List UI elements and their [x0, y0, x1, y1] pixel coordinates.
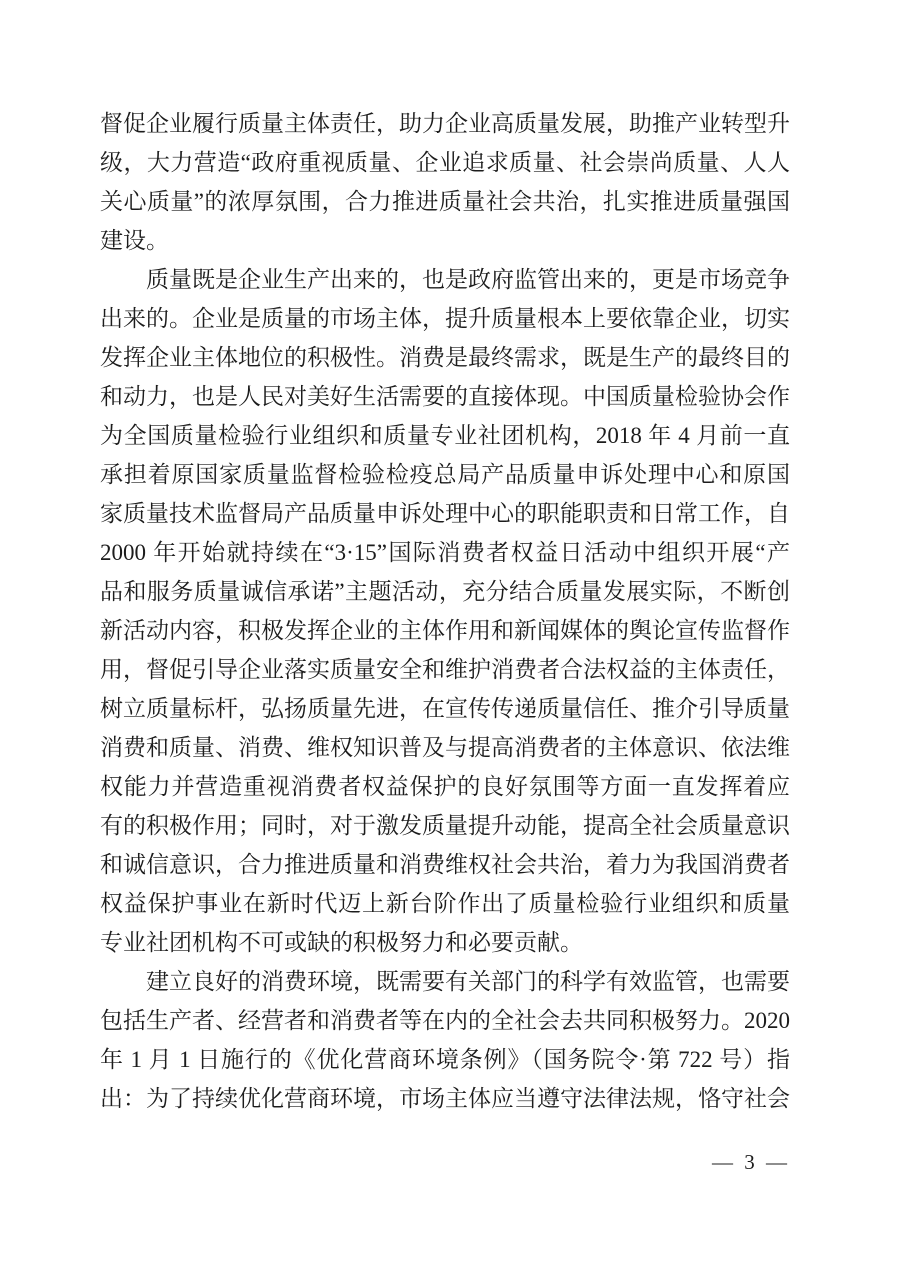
- text-line: 建立良好的消费环境，既需要有关部门的科学有效监管，也需要: [100, 962, 790, 1001]
- paragraph: 督促企业履行质量主体责任，助力企业高质量发展，助推产业转型升 级，大力营造“政府…: [100, 104, 790, 260]
- text-line: 发挥企业主体地位的积极性。消费是最终需求，既是生产的最终目的: [100, 338, 790, 377]
- page-footer: — 3 —: [100, 1150, 790, 1175]
- text-line: 品和服务质量诚信承诺”主题活动，充分结合质量发展实际，不断创: [100, 572, 790, 611]
- text-line: 专业社团机构不可或缺的积极努力和必要贡献。: [100, 923, 790, 962]
- text-line: 建设。: [100, 221, 790, 260]
- text-line: 树立质量标杆，弘扬质量先进，在宣传传递质量信任、推介引导质量: [100, 689, 790, 728]
- text-line: 2000 年开始就持续在“3·15”国际消费者权益日活动中组织开展“产: [100, 533, 790, 572]
- text-line: 有的积极作用；同时，对于激发质量提升动能，提高全社会质量意识: [100, 806, 790, 845]
- text-line: 用，督促引导企业落实质量安全和维护消费者合法权益的主体责任，: [100, 650, 790, 689]
- text-line: 家质量技术监督局产品质量申诉处理中心的职能职责和日常工作，自: [100, 494, 790, 533]
- text-line: 年 1 月 1 日施行的《优化营商环境条例》（国务院令·第 722 号）指: [100, 1040, 790, 1079]
- paragraph: 建立良好的消费环境，既需要有关部门的科学有效监管，也需要 包括生产者、经营者和消…: [100, 962, 790, 1118]
- text-line: 督促企业履行质量主体责任，助力企业高质量发展，助推产业转型升: [100, 104, 790, 143]
- text-line: 质量既是企业生产出来的，也是政府监管出来的，更是市场竞争: [100, 260, 790, 299]
- text-line: 出来的。企业是质量的市场主体，提升质量根本上要依靠企业，切实: [100, 299, 790, 338]
- text-line: 关心质量”的浓厚氛围，合力推进质量社会共治，扎实推进质量强国: [100, 182, 790, 221]
- paragraph: 质量既是企业生产出来的，也是政府监管出来的，更是市场竞争 出来的。企业是质量的市…: [100, 260, 790, 962]
- text-line: 权能力并营造重视消费者权益保护的良好氛围等方面一直发挥着应: [100, 767, 790, 806]
- document-body: 督促企业履行质量主体责任，助力企业高质量发展，助推产业转型升 级，大力营造“政府…: [100, 104, 790, 1118]
- text-line: 为全国质量检验行业组织和质量专业社团机构，2018 年 4 月前一直: [100, 416, 790, 455]
- text-line: 出：为了持续优化营商环境，市场主体应当遵守法律法规，恪守社会: [100, 1079, 790, 1118]
- text-line: 消费和质量、消费、维权知识普及与提高消费者的主体意识、依法维: [100, 728, 790, 767]
- page-number: — 3 —: [712, 1150, 790, 1174]
- text-line: 和诚信意识，合力推进质量和消费维权社会共治，着力为我国消费者: [100, 845, 790, 884]
- text-line: 承担着原国家质量监督检验检疫总局产品质量申诉处理中心和原国: [100, 455, 790, 494]
- text-line: 包括生产者、经营者和消费者等在内的全社会去共同积极努力。2020: [100, 1001, 790, 1040]
- text-line: 级，大力营造“政府重视质量、企业追求质量、社会崇尚质量、人人: [100, 143, 790, 182]
- text-line: 权益保护事业在新时代迈上新台阶作出了质量检验行业组织和质量: [100, 884, 790, 923]
- document-page: 督促企业履行质量主体责任，助力企业高质量发展，助推产业转型升 级，大力营造“政府…: [0, 0, 900, 1273]
- text-line: 和动力，也是人民对美好生活需要的直接体现。中国质量检验协会作: [100, 377, 790, 416]
- text-line: 新活动内容，积极发挥企业的主体作用和新闻媒体的舆论宣传监督作: [100, 611, 790, 650]
